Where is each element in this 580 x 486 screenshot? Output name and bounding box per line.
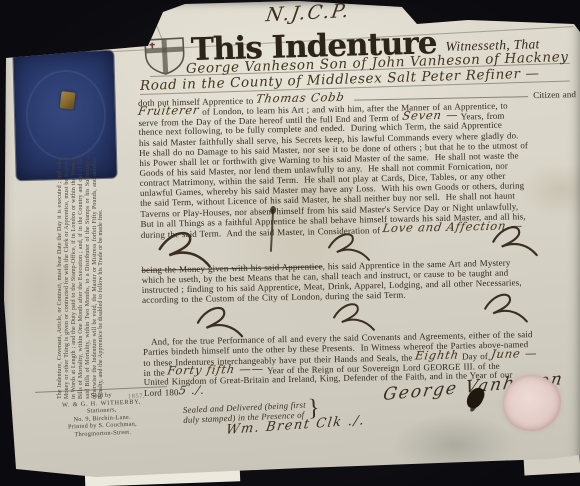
ink-flourish (482, 288, 530, 326)
stamp-gold-emblem-icon (60, 91, 76, 109)
ink-flourish (326, 229, 372, 263)
printed-text: Citizen and (533, 89, 576, 100)
handwritten-text: 5 ./. (178, 385, 206, 396)
handwritten-text: Forty fifth —— (167, 363, 265, 375)
handwritten-text: June — (490, 348, 538, 359)
handwritten-text: Eighth (415, 349, 460, 360)
ink-flourish (490, 220, 540, 260)
printed-text: Day of (459, 351, 491, 362)
ink-flourish (155, 227, 214, 269)
handwritten-text: Fruiterer (137, 105, 200, 116)
ink-flourish (194, 304, 246, 338)
wax-seal (503, 375, 561, 431)
handwritten-text: Seven — (401, 110, 459, 121)
stamp-emboss-ring (25, 69, 107, 161)
seller-imprint: Sold by W. & G. H. WITHERBY, Stationers,… (35, 386, 169, 440)
photo-background: N.J.C.P. This Indenture Witnesseth, That… (0, 0, 580, 486)
ink-flourish (331, 297, 377, 335)
inventory-mark: N.J.C.P. (264, 0, 352, 26)
handwritten-text: Thomas Cobb (255, 92, 350, 104)
parchment-sheet: N.J.C.P. This Indenture Witnesseth, That… (0, 0, 580, 486)
margin-duty-note: The Indenture, Covenant, Article, or Con… (57, 157, 105, 399)
